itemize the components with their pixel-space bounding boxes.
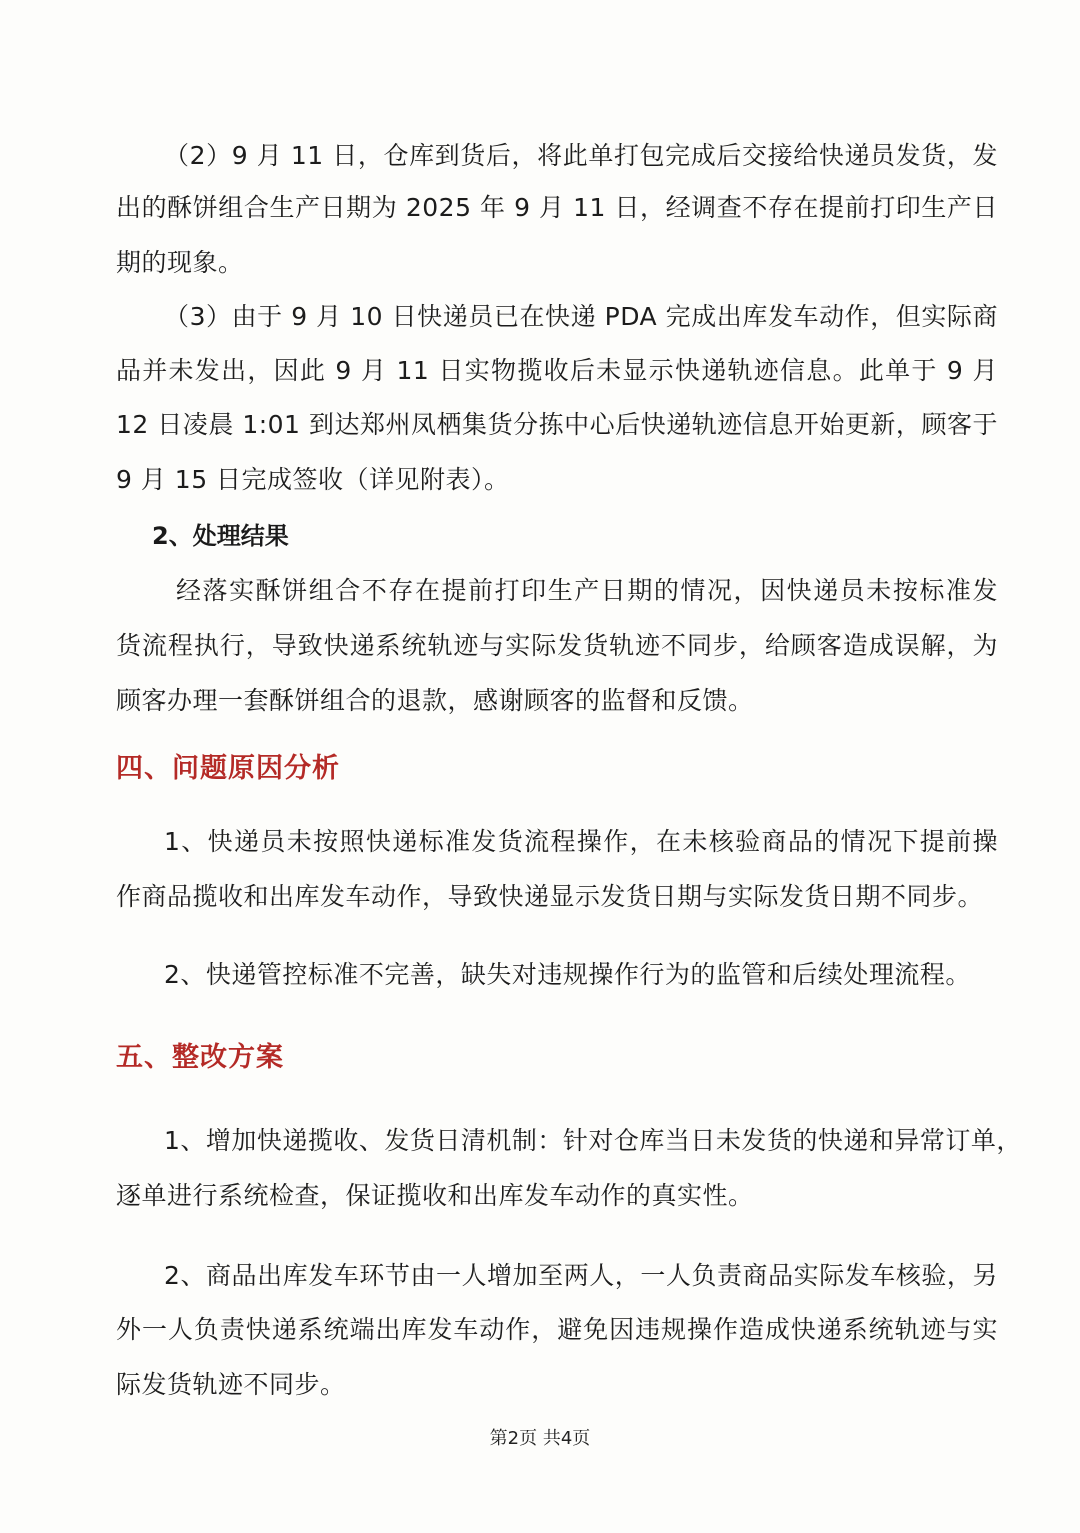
text-line: （2）9 月 11 日，仓库到货后，将此单打包完成后交接给快递员发货，发 xyxy=(164,139,998,173)
section-title-cause-analysis: 四、问题原因分析 xyxy=(116,751,340,787)
text-line: 期的现象。 xyxy=(116,246,998,280)
text-line: 顾客办理一套酥饼组合的退款，感谢顾客的监督和反馈。 xyxy=(116,684,998,718)
text-line: 经落实酥饼组合不存在提前打印生产日期的情况，因快递员未按标准发 xyxy=(176,574,998,608)
text-line: 逐单进行系统检查，保证揽收和出库发车动作的真实性。 xyxy=(116,1179,998,1213)
page-indicator: 第2页 共4页 xyxy=(0,1427,1080,1451)
text-line: 12 日凌晨 1:01 到达郑州凤栖集货分拣中心后快递轨迹信息开始更新，顾客于 xyxy=(116,408,998,442)
text-line: 际发货轨迹不同步。 xyxy=(116,1368,998,1402)
text-line: 作商品揽收和出库发车动作，导致快递显示发货日期与实际发货日期不同步。 xyxy=(116,880,998,914)
subsection-heading-handling-result: 2、处理结果 xyxy=(152,519,289,553)
text-line: 9 月 15 日完成签收（详见附表）。 xyxy=(116,463,998,497)
text-line: 2、快递管控标准不完善，缺失对违规操作行为的监管和后续处理流程。 xyxy=(164,958,998,992)
text-line: 货流程执行，导致快递系统轨迹与实际发货轨迹不同步，给顾客造成误解，为 xyxy=(116,629,998,663)
text-line: 2、商品出库发车环节由一人增加至两人，一人负责商品实际发车核验，另 xyxy=(164,1259,998,1293)
text-line: 外一人负责快递系统端出库发车动作，避免因违规操作造成快递系统轨迹与实 xyxy=(116,1313,998,1347)
section-title-rectification-plan: 五、整改方案 xyxy=(116,1040,284,1076)
text-line: （3）由于 9 月 10 日快递员已在快递 PDA 完成出库发车动作，但实际商 xyxy=(164,300,998,334)
text-line: 1、增加快递揽收、发货日清机制：针对仓库当日未发货的快递和异常订单， xyxy=(164,1124,998,1158)
text-line: 品并未发出，因此 9 月 11 日实物揽收后未显示快递轨迹信息。此单于 9 月 xyxy=(116,354,998,388)
text-line: 出的酥饼组合生产日期为 2025 年 9 月 11 日，经调查不存在提前打印生产… xyxy=(116,191,998,225)
text-line: 1、快递员未按照快递标准发货流程操作，在未核验商品的情况下提前操 xyxy=(164,825,998,859)
document-page: （2）9 月 11 日，仓库到货后，将此单打包完成后交接给快递员发货，发 出的酥… xyxy=(0,0,1080,1533)
